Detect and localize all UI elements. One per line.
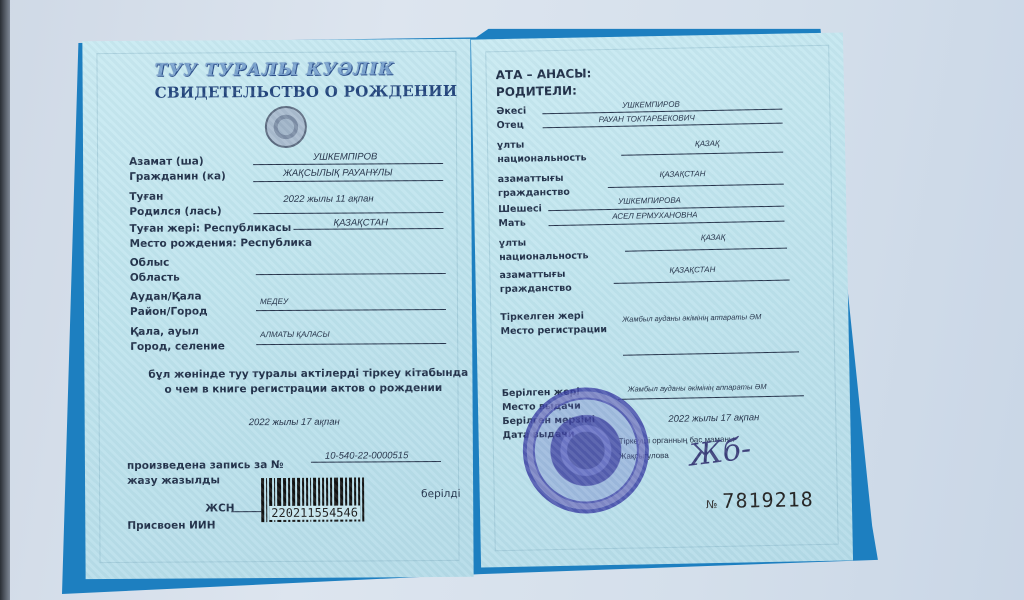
serial-value: 7819218 <box>722 487 814 513</box>
district-label: Аудан/ҚалаРайон/Город <box>130 289 208 319</box>
mother-nationality-label: ұлтынациональность <box>499 235 589 265</box>
birth-date-label: ТуғанРодился (лась) <box>129 189 221 220</box>
parents-heading: АТА – АНАСЫ:РОДИТЕЛИ: <box>495 65 591 101</box>
mother-citizenship-label: азаматтығыгражданство <box>499 268 571 297</box>
record-label-kz: жазу жазылды <box>127 473 220 489</box>
mother-name: АСЕЛ ЕРМУХАНОВНА <box>612 210 697 221</box>
left-page: ТУУ ТУРАЛЫ КУӘЛІК СВИДЕТЕЛЬСТВО О РОЖДЕН… <box>82 39 473 579</box>
father-label: ӘкесіОтец <box>496 105 526 134</box>
birth-country: ҚАЗАҚСТАН <box>333 217 388 228</box>
title-kazakh: ТУУ ТУРАЛЫ КУӘЛІК <box>154 59 394 80</box>
father-name: РАУАН ТОКТАРБЕКОВИЧ <box>598 113 694 124</box>
father-surname: УШКЕМПИРОВ <box>622 100 680 110</box>
district-value: МЕДЕУ <box>260 297 288 306</box>
record-number: 10-540-22-0000515 <box>325 450 409 462</box>
mother-surname: УШКЕМПИРОВА <box>618 196 681 206</box>
iin-suffix: берілді <box>421 487 460 502</box>
issue-date: 2022 жылы 17 ақпан <box>668 412 759 425</box>
barcode-bar <box>266 478 267 522</box>
iin-label-ru: Присвоен ИИН <box>127 518 215 534</box>
registry-date: 2022 жылы 17 ақпан <box>249 417 340 429</box>
background-edge <box>0 0 10 600</box>
registration-place-label: Тіркелген жеріМесто регистрации <box>500 309 607 339</box>
father-citizenship: ҚАЗАҚСТАН <box>660 169 706 179</box>
child-surname: УШКЕМПІРОВ <box>313 151 377 162</box>
barcode-bar <box>261 478 264 522</box>
city-label: Қала, ауылГород, селение <box>130 324 225 355</box>
father-citizenship-label: азаматтығыгражданство <box>498 172 570 201</box>
registry-note-ru: о чем в книге регистрации актов о рожден… <box>164 381 442 398</box>
mother-label: ШешесіМать <box>498 202 542 231</box>
citizen-label: Азамат (ша)Гражданин (ка) <box>129 154 226 185</box>
serial-number: № 7819218 <box>706 487 814 513</box>
barcode-bar <box>362 477 364 521</box>
iin-number: 220211554546 <box>269 506 360 521</box>
father-nationality-label: ұлтынациональность <box>497 137 587 167</box>
birth-date: 2022 жылы 11 ақпан <box>283 193 373 205</box>
father-nationality: ҚАЗАҚ <box>695 139 720 148</box>
right-page: АТА – АНАСЫ:РОДИТЕЛИ: ӘкесіОтец УШКЕМПИР… <box>471 32 853 567</box>
mother-citizenship: ҚАЗАҚСТАН <box>669 265 715 275</box>
underline <box>231 511 261 512</box>
iin-label-kz: ЖСН <box>205 501 234 516</box>
iin-barcode: 220211554546 <box>261 477 364 522</box>
state-emblem-icon <box>265 106 307 148</box>
record-label-ru: произведена запись за № <box>127 458 284 474</box>
mother-nationality: ҚАЗАҚ <box>701 233 726 242</box>
birth-place-label: Туған жері: РеспубликасыМесто рождения: … <box>129 221 312 252</box>
region-label: ОблысОбласть <box>130 256 180 286</box>
number-sign: № <box>706 498 718 511</box>
title-russian: СВИДЕТЕЛЬСТВО О РОЖДЕНИИ <box>155 82 458 102</box>
city-value: АЛМАТЫ ҚАЛАСЫ <box>260 330 330 339</box>
child-name: ЖАҚСЫЛЫҚ РАУАНҰЛЫ <box>283 167 392 179</box>
